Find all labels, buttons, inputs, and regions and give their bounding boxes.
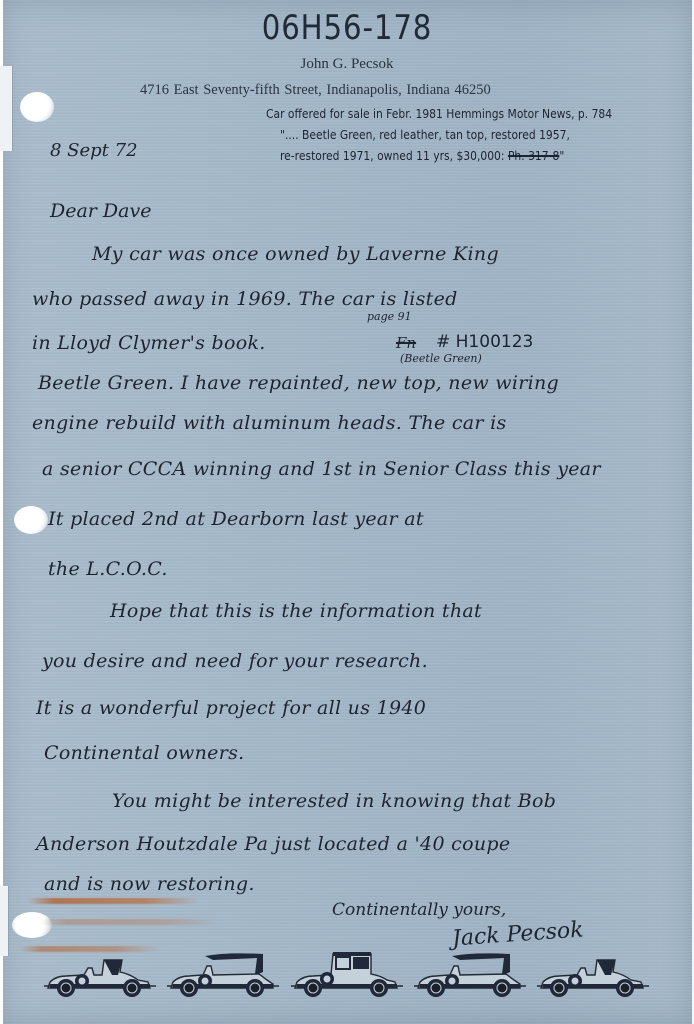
- footer-car-illustrations: [44, 946, 649, 998]
- annotation-line-2: ".... Beetle Green, red leather, tan top…: [280, 127, 570, 142]
- car-number: # H100123: [436, 332, 533, 352]
- coupe-car-icon: [291, 948, 403, 998]
- body-line-4: Beetle Green. I have repainted, new top,…: [38, 372, 559, 394]
- annotation-line-3: re-restored 1971, owned 11 yrs, $30,000:…: [280, 148, 564, 163]
- body-line-13: You might be interested in knowing that …: [112, 790, 556, 812]
- body-line-14: Anderson Houtzdale Pa just located a '40…: [36, 833, 510, 855]
- insert-color-note: (Beetle Green): [400, 352, 482, 365]
- body-line-3: in Lloyd Clymer's book.: [32, 332, 266, 354]
- letter-page: 06H56-178 John G. Pecsok 4716 East Seven…: [0, 0, 694, 1024]
- roadster-car-icon: [537, 948, 649, 998]
- body-line-2: who passed away in 1969. The car is list…: [32, 288, 458, 310]
- insert-page-number: page 91: [367, 310, 412, 323]
- body-line-6: a senior CCCA winning and 1st in Senior …: [42, 458, 601, 480]
- sender-name: John G. Pecsok: [0, 56, 694, 73]
- annotation-quote-close: ": [559, 148, 564, 163]
- body-line-11: It is a wonderful project for all us 194…: [36, 697, 426, 719]
- body-line-10: you desire and need for your research.: [42, 650, 428, 672]
- annotation-price: re-restored 1971, owned 11 yrs, $30,000:: [280, 148, 505, 163]
- closing: Continentally yours,: [332, 900, 506, 920]
- paper-edge-left: [0, 0, 3, 1024]
- punch-hole-top: [20, 92, 54, 122]
- salutation: Dear Dave: [50, 200, 151, 222]
- annotation-struck-phone: Ph. 317-8: [508, 148, 559, 163]
- body-line-12: Continental owners.: [44, 742, 244, 764]
- rust-stain: [28, 898, 198, 904]
- folded-corner: [0, 66, 13, 151]
- body-line-5: engine rebuild with aluminum heads. The …: [32, 412, 507, 434]
- body-line-7: It placed 2nd at Dearborn last year at: [48, 508, 424, 530]
- reference-number: 06H56-178: [49, 8, 646, 48]
- sender-address: 4716 East Seventy-fifth Street, Indianap…: [140, 82, 491, 99]
- body-line-9: Hope that this is the information that: [110, 600, 482, 622]
- roadster-car-icon: [44, 948, 156, 998]
- rust-stain: [40, 919, 220, 925]
- punch-hole-bottom: [12, 912, 52, 938]
- struck-abbreviation: Fn: [396, 334, 416, 352]
- annotation-line-1: Car offered for sale in Febr. 1981 Hemmi…: [266, 106, 612, 121]
- torn-edge-bottom: [0, 886, 9, 956]
- body-line-1: My car was once owned by Laverne King: [92, 243, 499, 265]
- punch-hole-middle: [14, 506, 48, 534]
- letter-date: 8 Sept 72: [50, 140, 138, 161]
- touring-car-icon: [414, 948, 526, 998]
- body-line-15: and is now restoring.: [44, 873, 255, 895]
- touring-car-icon: [167, 948, 279, 998]
- body-line-8: the L.C.O.C.: [48, 558, 168, 580]
